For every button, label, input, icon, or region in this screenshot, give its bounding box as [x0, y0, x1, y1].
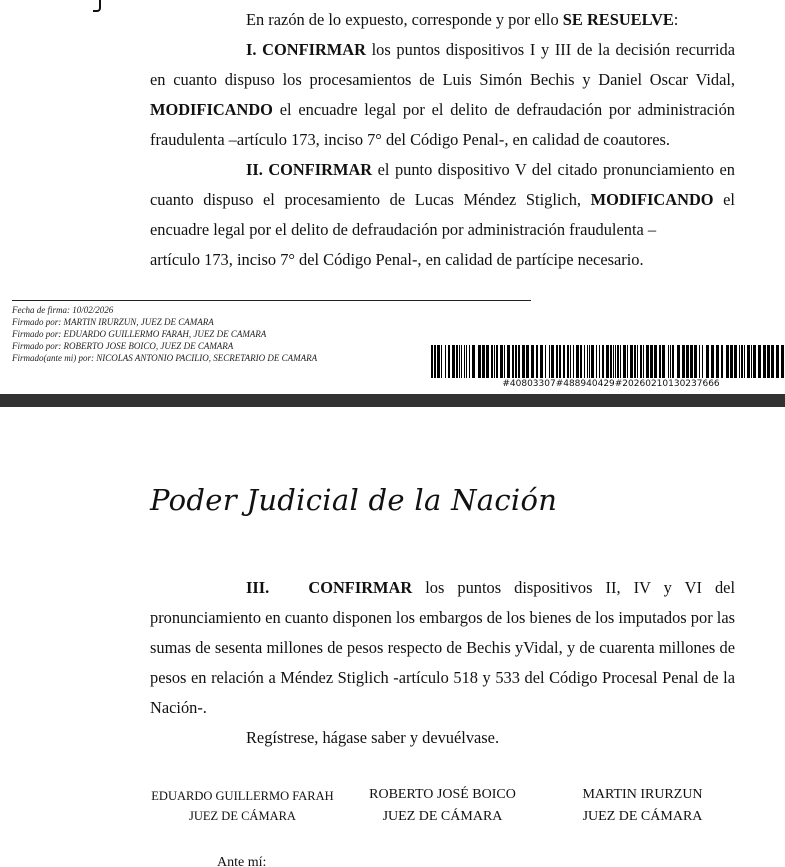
- item-3-paragraph: III. CONFIRMAR los puntos dispositivos I…: [150, 573, 735, 723]
- ante-mi-label: Ante mí:: [217, 855, 266, 867]
- signed-by-farah: Firmado por: EDUARDO GUILLERMO FARAH, JU…: [12, 328, 317, 340]
- signed-by-pacilio: Firmado(ante mi) por: NICOLAS ANTONIO PA…: [12, 352, 317, 364]
- barcode-number: #40803307#488940429#20260210130237666: [431, 379, 785, 390]
- signature-date: Fecha de firma: 10/02/2026: [12, 304, 317, 316]
- judge-title: JUEZ DE CÁMARA: [140, 806, 345, 826]
- document-page-1: En razón de lo expuesto, corresponde y p…: [0, 0, 785, 394]
- item-1-paragraph: I. CONFIRMAR los puntos dispositivos I y…: [150, 35, 735, 155]
- resolution-body: En razón de lo expuesto, corresponde y p…: [150, 5, 735, 275]
- item-1-text-a: los puntos dispositivos I y III de la de…: [150, 40, 735, 89]
- intro-paragraph: En razón de lo expuesto, corresponde y p…: [150, 5, 735, 35]
- item-2-modificando: MODIFICANDO: [591, 190, 714, 209]
- item-1-modificando: MODIFICANDO: [150, 100, 273, 119]
- item-3-label: III. CONFIRMAR: [246, 578, 412, 597]
- signature-boico: ROBERTO JOSÉ BOICO JUEZ DE CÁMARA: [355, 784, 530, 828]
- item-2-last-line: artículo 173, inciso 7° del Código Penal…: [150, 245, 735, 275]
- signature-farah: EDUARDO GUILLERMO FARAH JUEZ DE CÁMARA: [140, 786, 345, 826]
- item-1-label: I. CONFIRMAR: [246, 40, 366, 59]
- resolution-body-continued: III. CONFIRMAR los puntos dispositivos I…: [150, 573, 735, 753]
- closing-paragraph: Regístrese, hágase saber y devuélvase.: [150, 723, 735, 753]
- digital-signature-info: Fecha de firma: 10/02/2026 Firmado por: …: [12, 304, 317, 364]
- judge-name: EDUARDO GUILLERMO FARAH: [140, 786, 345, 806]
- se-resuelve: SE RESUELVE: [563, 10, 674, 29]
- crop-mark-icon: [93, 0, 101, 12]
- signature-irurzun: MARTIN IRURZUN JUEZ DE CÁMARA: [560, 784, 725, 828]
- signed-by-irurzun: Firmado por: MARTIN IRURZUN, JUEZ DE CAM…: [12, 316, 317, 328]
- judge-signatures: EDUARDO GUILLERMO FARAH JUEZ DE CÁMARA R…: [140, 786, 740, 846]
- signed-by-boico: Firmado por: ROBERTO JOSE BOICO, JUEZ DE…: [12, 340, 317, 352]
- document-page-2: Poder Judicial de la Nación III. CONFIRM…: [0, 407, 785, 867]
- judge-title: JUEZ DE CÁMARA: [560, 806, 725, 828]
- judge-name: ROBERTO JOSÉ BOICO: [355, 784, 530, 806]
- page-header-poder-judicial: Poder Judicial de la Nación: [150, 483, 557, 517]
- item-2-label: II. CONFIRMAR: [246, 160, 372, 179]
- barcode-icon: [431, 345, 785, 378]
- item-3-text: los puntos dispositivos II, IV y VI del …: [150, 578, 735, 717]
- judge-title: JUEZ DE CÁMARA: [355, 806, 530, 828]
- barcode-block: #40803307#488940429#20260210130237666: [431, 345, 785, 390]
- intro-tail: :: [674, 10, 679, 29]
- page-separator: [0, 394, 785, 407]
- item-2-paragraph: II. CONFIRMAR el punto dispositivo V del…: [150, 155, 735, 245]
- intro-text: En razón de lo expuesto, corresponde y p…: [246, 10, 563, 29]
- judge-name: MARTIN IRURZUN: [560, 784, 725, 806]
- signature-divider: [12, 300, 531, 301]
